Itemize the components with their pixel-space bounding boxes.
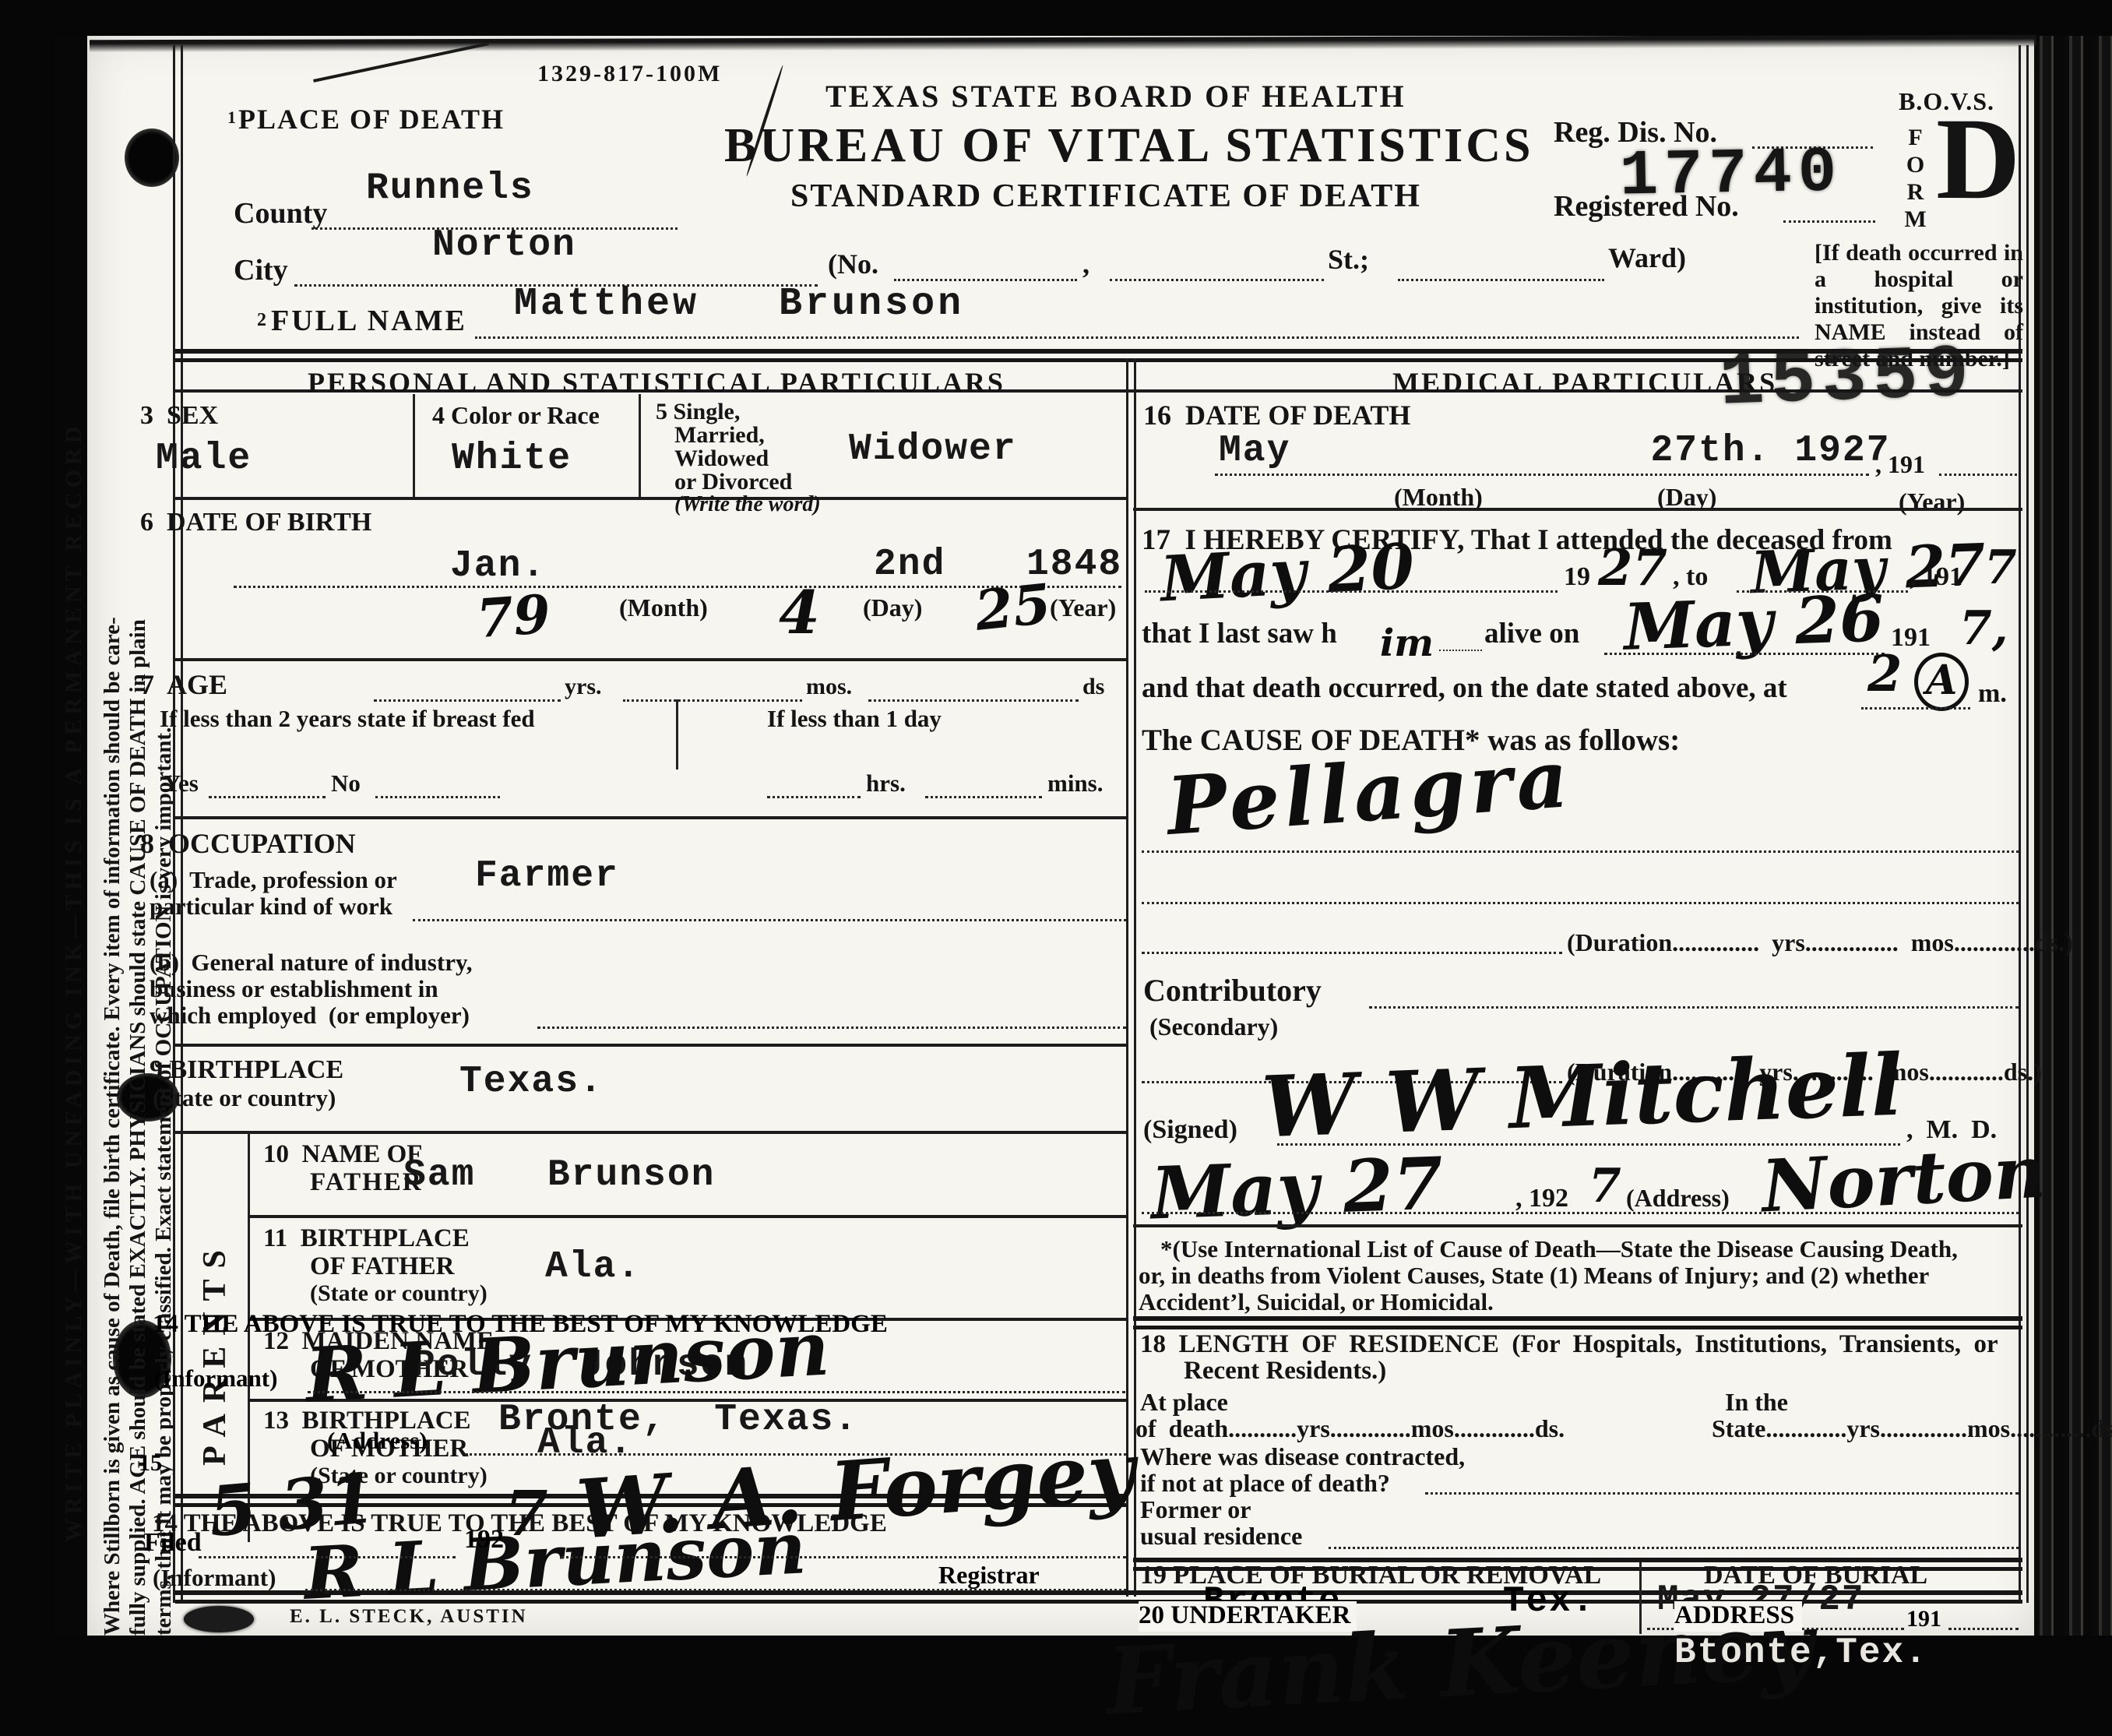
last-saw-label-b: alive on xyxy=(1484,617,1579,650)
marital-num: 5 xyxy=(656,399,667,424)
section-divider-heavy xyxy=(175,1494,1126,1507)
ward-label: Ward) xyxy=(1608,241,1686,274)
res-where2: if not at placе of death? xyxy=(1140,1469,1390,1498)
marital-line1: Single, xyxy=(674,399,741,424)
age-less-day-label: If less than 1 day xyxy=(767,705,942,733)
age-breastfed-label: If less than 2 years state if breast fed xyxy=(160,705,535,733)
fbp-num: 11 xyxy=(263,1224,287,1252)
mbp-value: Ala. xyxy=(537,1422,633,1464)
margin-note-line2: fully supplied. AGE should be stated EXA… xyxy=(125,619,151,1636)
residence-line1: 18 LENGTH OF RESIDENCE (For Hospitals, I… xyxy=(1140,1330,1998,1359)
dotted-line xyxy=(1369,1006,2019,1009)
form-letter-d: D xyxy=(1936,92,2020,226)
dob-day-label: (Day) xyxy=(863,593,922,622)
section-divider xyxy=(175,1044,1126,1047)
margin-note-permanent-record: WRITE PLAINLY—WITH UNFADING INK—THIS IS … xyxy=(61,422,87,1542)
age-label: AGE xyxy=(167,669,227,700)
section-divider xyxy=(1133,1224,2022,1227)
informant-label: (Informant) xyxy=(153,1564,276,1592)
dob-num: 6 xyxy=(140,508,153,537)
father-value: Sam Brunson xyxy=(403,1154,715,1196)
scanned-death-certificate: WRITE PLAINLY—WITH UNFADING INK—THIS IS … xyxy=(0,0,2112,1720)
form-left-border xyxy=(173,45,183,1603)
dotted-line xyxy=(1329,1547,2019,1549)
marital-line2: Married, xyxy=(674,422,765,449)
mbp-l2: OF MOTHER xyxy=(310,1435,468,1463)
printed-192: , 192 xyxy=(1515,1184,1568,1213)
printer-stamp-mark xyxy=(184,1606,254,1632)
dotted-line xyxy=(1861,707,1970,710)
occ-a-value: Farmer xyxy=(475,855,619,897)
cell-divider xyxy=(413,394,415,497)
mbp-num: 13 xyxy=(263,1407,289,1435)
printed-m: m. xyxy=(1978,679,2007,709)
cell-divider xyxy=(676,699,678,769)
race-num: 4 xyxy=(432,401,445,429)
st-label: St.; xyxy=(1328,243,1369,276)
section-divider xyxy=(175,1131,1126,1134)
marital-line5: (Write the word) xyxy=(674,492,821,517)
dotted-line xyxy=(868,699,1079,702)
dod-year-label: (Year) xyxy=(1899,488,1965,516)
fbp-value: Ala. xyxy=(545,1246,641,1288)
attended-from-hand: May 20 xyxy=(1159,530,1417,616)
marital-line3: Widowed xyxy=(674,445,769,472)
age-yes-label: Yes xyxy=(164,769,199,798)
res-former1: Former or xyxy=(1140,1495,1251,1524)
dotted-line xyxy=(1145,590,1558,593)
hole-punch xyxy=(125,129,179,187)
last-saw-year-hand: 7, xyxy=(1959,601,2008,656)
marital-value: Widower xyxy=(849,428,1017,470)
printer-credit: E. L. STECK, AUSTIN xyxy=(290,1606,528,1628)
father-num: 10 xyxy=(263,1140,289,1168)
res-where1: Where was disease contracted, xyxy=(1140,1442,1465,1471)
fbp-l1: BIRTHPLACE xyxy=(301,1224,470,1252)
city-value: Norton xyxy=(432,224,576,266)
parents-divider xyxy=(248,1131,250,1542)
form-word: FORM xyxy=(1902,125,1928,234)
dotted-line xyxy=(1142,850,2019,853)
section-divider xyxy=(1133,508,2022,511)
dod-191: , 191 xyxy=(1875,450,1925,479)
occ-label: OCCUPATION xyxy=(168,828,356,859)
mbp-sub: (State or country) xyxy=(310,1463,488,1489)
scan-top-margin xyxy=(0,0,2112,36)
him-hand: im xyxy=(1380,622,1434,665)
death-ampm-hand: A xyxy=(1914,653,1969,711)
res-right-line: State.............yrs..............mos..… xyxy=(1712,1414,2112,1443)
dotted-line xyxy=(1142,902,2019,904)
dotted-line xyxy=(894,279,1077,281)
dob-age-days-hand: 25 xyxy=(972,571,1054,643)
dotted-line xyxy=(767,796,861,798)
signed-year-hand: 7 xyxy=(1589,1159,1621,1213)
mbp-l1: BIRTHPLACE xyxy=(302,1407,471,1435)
print-code: 1329-817-100M xyxy=(537,61,722,87)
city-label: City xyxy=(234,253,288,287)
footnote-line2: or, in deaths from Violent Causes, State… xyxy=(1139,1262,1929,1290)
bp-num: 9 xyxy=(150,1055,163,1084)
dod-label: DATE OF DEATH xyxy=(1185,400,1410,431)
age-yrs-label: yrs. xyxy=(565,674,602,700)
dotted-line xyxy=(1110,279,1324,281)
dob-label: DATE OF BIRTH xyxy=(167,508,371,537)
certificate-title: STANDARD CERTIFICATE OF DEATH xyxy=(790,178,1421,215)
bp-value: Texas. xyxy=(459,1061,604,1103)
occ-a-line2: particular kind of work xyxy=(150,893,392,921)
sig-address-label: (Address) xyxy=(1626,1184,1730,1213)
dotted-line xyxy=(1142,1212,2019,1214)
dotted-line xyxy=(305,1589,1126,1591)
dotted-line xyxy=(1398,279,1604,281)
age-mos-label: mos. xyxy=(806,674,852,700)
age-no-label: No xyxy=(331,769,361,798)
age-ds-label: ds xyxy=(1082,674,1104,700)
sex-value: Male xyxy=(156,438,252,480)
age-num: 7 xyxy=(140,669,154,700)
residence-line2: Recent Residents.) xyxy=(1184,1357,1386,1386)
footnote-line3: Accident’l, Suicidal, or Homicidal. xyxy=(1139,1288,1494,1316)
scan-right-margin xyxy=(2034,0,2112,1720)
printed-19: 19 xyxy=(1564,562,1590,592)
last-saw-label-a: that I last saw h xyxy=(1142,617,1337,650)
cell-divider xyxy=(639,394,641,497)
sex-label: SEX xyxy=(167,401,218,430)
dob-age-months-hand: 4 xyxy=(779,578,820,647)
age-mins-label: mins. xyxy=(1047,769,1104,798)
dod-num: 16 xyxy=(1143,400,1171,431)
dotted-line xyxy=(1425,1492,2019,1495)
race-label: Color or Race xyxy=(451,401,600,429)
burial-label: 19 PLACE OF BURIAL OR REMOVAL xyxy=(1140,1561,1601,1590)
dotted-line xyxy=(1439,650,1482,651)
board-title: TEXAS STATE BOARD OF HEALTH xyxy=(825,78,1406,114)
fullname-num: 2 xyxy=(257,310,266,331)
footnote-line1: *(Use International List of Cause of Dea… xyxy=(1160,1235,1958,1263)
duration1-label: (Duration.............. yrs.............… xyxy=(1567,928,2073,957)
res-at-place: At place xyxy=(1140,1388,1228,1417)
occ-b-line1: (b) General nature of industry, xyxy=(150,949,473,977)
dotted-line xyxy=(209,796,326,798)
section-divider-heavy xyxy=(1133,1316,2022,1329)
county-label: County xyxy=(234,196,327,231)
res-left-line: of death...........yrs.............mos..… xyxy=(1135,1414,1565,1443)
attest-num: 14 xyxy=(152,1509,178,1537)
dob-day-value: 2nd xyxy=(874,544,945,586)
dotted-line xyxy=(413,919,1126,921)
dotted-line xyxy=(1939,474,2017,476)
bp-sub-label: (State or country) xyxy=(153,1084,336,1112)
scan-bottom-margin xyxy=(0,1636,2112,1720)
fullname-value: Matthew Brunson xyxy=(514,282,964,326)
registered-no-label: Registered No. xyxy=(1554,189,1739,224)
occ-num: 8 xyxy=(140,828,154,859)
bp-label: BIRTHPLACE xyxy=(170,1055,344,1084)
signed-date-hand: May 27 xyxy=(1149,1141,1445,1235)
dotted-line xyxy=(1142,952,1562,954)
contributory-label: Contributory xyxy=(1143,972,1322,1009)
dotted-line xyxy=(537,1026,1126,1029)
fbp-sub: (State or country) xyxy=(310,1280,488,1307)
res-former2: usual residence xyxy=(1140,1522,1302,1551)
certificate-number-stamp: 15359 xyxy=(1718,332,1976,425)
dotted-line xyxy=(375,796,500,798)
column-divider xyxy=(1126,358,1136,1597)
occ-b-line2: business or establishment in xyxy=(150,975,438,1003)
attended-to-year-hand: 7 xyxy=(1984,541,2017,595)
dob-year-label: (Year) xyxy=(1050,593,1116,622)
race-value: White xyxy=(452,438,572,480)
age-hrs-label: hrs. xyxy=(866,769,906,798)
section-divider xyxy=(248,1318,1126,1321)
dotted-line xyxy=(1215,474,1869,476)
fullname-label: FULL NAME xyxy=(271,304,467,338)
no-label: (No. xyxy=(828,248,878,280)
res-in-the: In the xyxy=(1725,1388,1788,1417)
marital-line4: or Divorced xyxy=(674,469,792,495)
section-divider xyxy=(248,1215,1126,1218)
dod-value: May 27th. 1927 xyxy=(1219,430,1891,472)
parents-label: PARENTS xyxy=(196,1239,234,1466)
county-value: Runnels xyxy=(366,167,534,210)
section-divider xyxy=(175,497,1126,500)
occ-a-line1: (a) Trade, profession or xyxy=(150,866,397,894)
death-occurred-label: and that death occurred, on the date sta… xyxy=(1142,671,1787,705)
street-comma: , xyxy=(1082,248,1089,280)
dotted-line xyxy=(1604,653,1885,655)
printed-191a: , 191 xyxy=(1910,562,1962,592)
fbp-l2: OF FATHER xyxy=(310,1252,454,1281)
occ-b-line3: which employed (or employer) xyxy=(150,1002,470,1030)
mother-value: Polly Johnson xyxy=(413,1344,748,1386)
dotted-line xyxy=(374,699,561,702)
sex-num: 3 xyxy=(140,401,153,430)
section-divider xyxy=(175,658,1126,661)
burial-cell-divider xyxy=(1639,1562,1642,1590)
margin-note-line1: Where Stillborn is given as cause of Dea… xyxy=(100,617,125,1636)
secondary-label: (Secondary) xyxy=(1149,1012,1278,1041)
dob-month-label: (Month) xyxy=(619,593,708,622)
dotted-line xyxy=(623,699,802,702)
dotted-line xyxy=(1783,220,1875,223)
section-divider xyxy=(248,1399,1126,1402)
dob-month-value: Jan. xyxy=(450,545,546,587)
scan-left-margin xyxy=(0,0,55,1720)
place-of-death-label: PLACE OF DEATH xyxy=(238,103,505,136)
dotted-line xyxy=(925,796,1042,798)
dotted-line xyxy=(475,336,1799,339)
mother-num: 12 xyxy=(263,1327,289,1355)
burial-date-label: DATE OF BURIAL xyxy=(1704,1561,1927,1590)
dob-age-years-hand: 79 xyxy=(474,583,552,650)
death-hour-hand: 2 xyxy=(1867,645,1903,703)
section-divider xyxy=(175,816,1126,819)
signed-label: (Signed) xyxy=(1143,1115,1237,1145)
bureau-title: BUREAU OF VITAL STATISTICS xyxy=(724,118,1533,174)
place-of-death-num: 1 xyxy=(227,107,236,128)
